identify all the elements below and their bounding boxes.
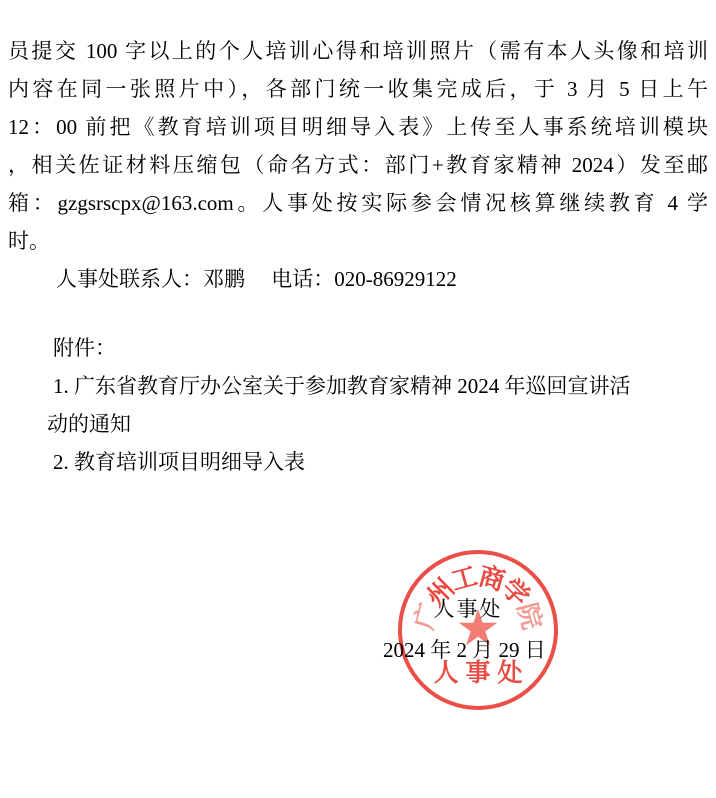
signature-department: 人事处: [383, 599, 553, 620]
attachment-item: 1. 广东省教育厅办公室关于参加教育家精神 2024 年巡回宣讲活: [8, 367, 708, 405]
body-line: 12：00 前把《教育培训项目明细导入表》上传至人事系统培训模块: [8, 108, 708, 146]
seal-arc-char: 工: [446, 556, 481, 598]
contact-line: 人事处联系人：邓鹏 电话：020-86929122: [8, 260, 708, 298]
body-line: ，相关佐证材料压缩包（命名方式：部门+教育家精神 2024）发至邮: [8, 146, 708, 184]
body-line: 箱：gzgsrscpx@163.com。人事处按实际参会情况核算继续教育 4 学: [8, 184, 708, 222]
attachment-item-wrap: 动的通知: [8, 405, 708, 443]
document-page: 员提交 100 字以上的个人培训心得和培训照片（需有本人头像和培训 内容在同一张…: [0, 0, 716, 798]
attachment-item: 2. 教育培训项目明细导入表: [8, 443, 708, 481]
body-text-block: 员提交 100 字以上的个人培训心得和培训照片（需有本人头像和培训 内容在同一张…: [8, 32, 708, 481]
body-line: 员提交 100 字以上的个人培训心得和培训照片（需有本人头像和培训: [8, 32, 708, 70]
signature-date: 2024 年 2 月 29 日: [383, 640, 553, 661]
signature-block: 人事处 2024 年 2 月 29 日: [383, 599, 553, 661]
seal-arc-char: 商: [475, 556, 510, 598]
body-line: 内容在同一张照片中），各部门统一收集完成后，于 3 月 5 日上午: [8, 70, 708, 108]
body-line: 时。: [8, 222, 708, 260]
attachments-label: 附件：: [8, 329, 708, 367]
